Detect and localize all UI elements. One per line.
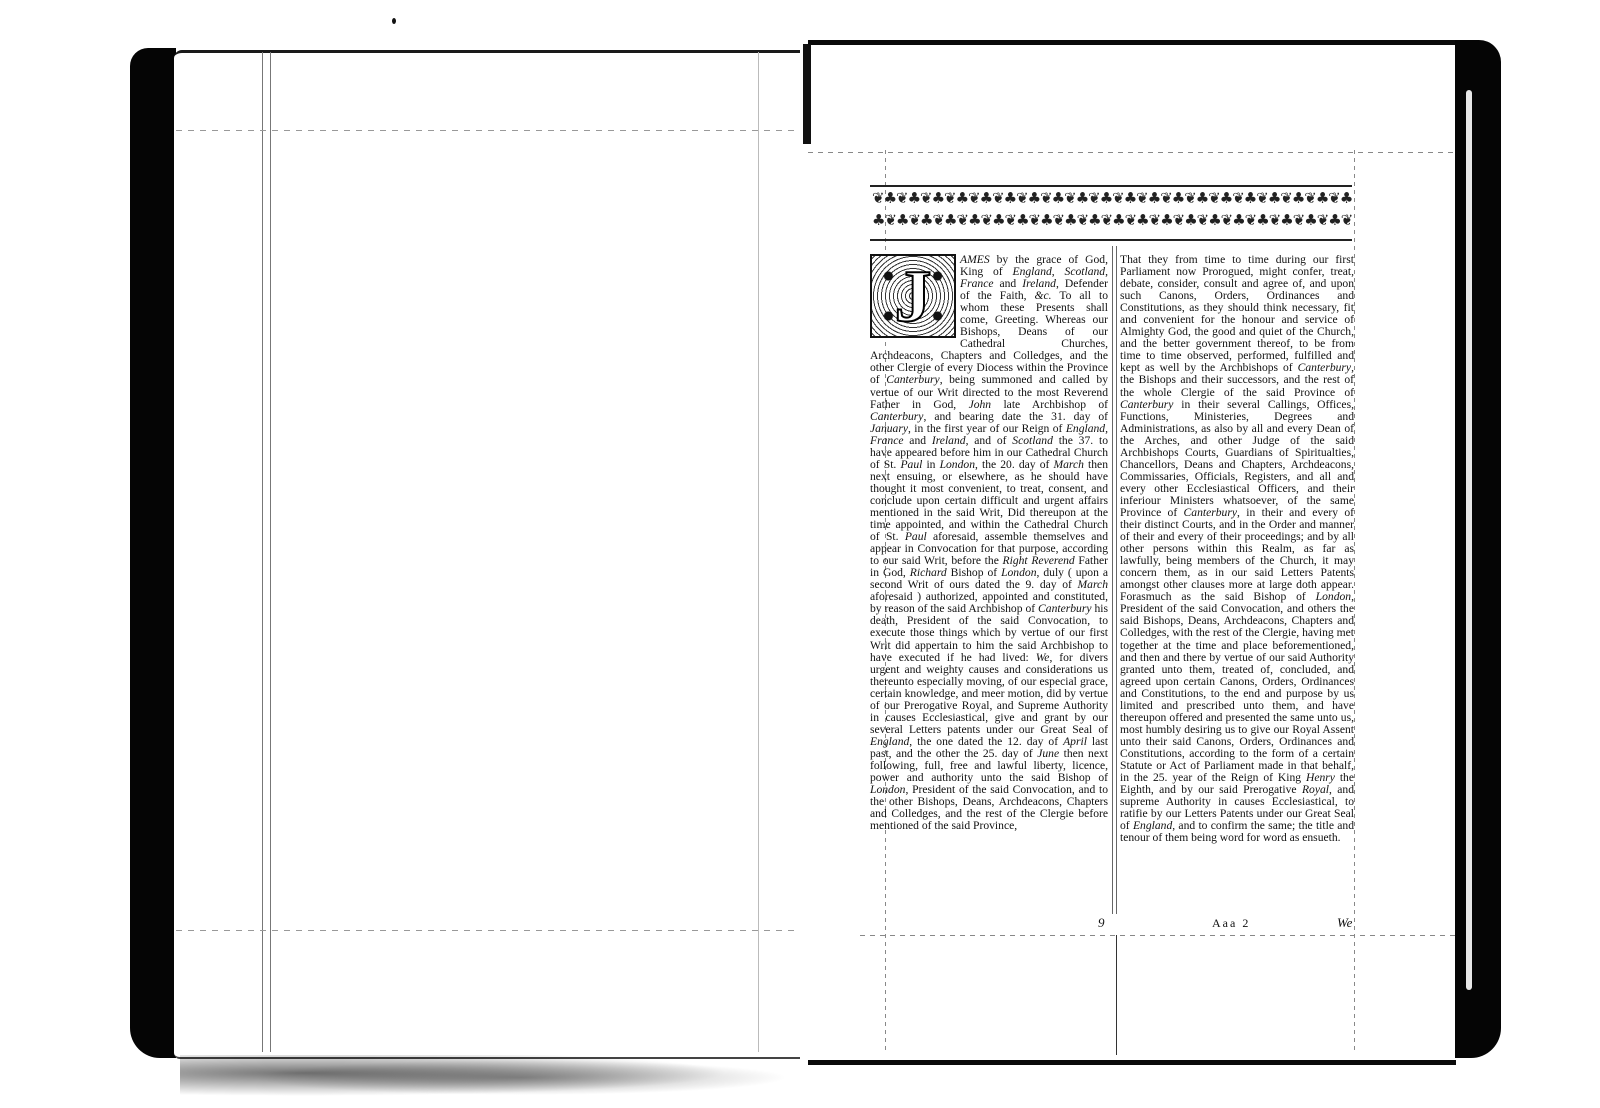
italic-text-run: Canterbury: [1298, 361, 1351, 374]
italic-text-run: January: [870, 422, 908, 435]
right-page-guide-line: [1354, 150, 1355, 1050]
italic-text-run: April: [1063, 735, 1087, 748]
proclamation-text-part2: That they from time to time during our f…: [1120, 254, 1354, 844]
page-number: 9: [1098, 915, 1105, 931]
decorated-initial: J: [870, 254, 956, 338]
column-divider: [1112, 246, 1117, 914]
italic-text-run: June: [1037, 747, 1059, 760]
text-run: That they from time to time during our f…: [1120, 253, 1354, 374]
scan-smudge: [180, 1055, 800, 1100]
text-run: ,: [1052, 265, 1065, 278]
text-run: ,: [1105, 265, 1108, 278]
scan-speck: [392, 18, 396, 24]
italic-text-run: London: [870, 783, 905, 796]
italic-text-run: We: [1036, 651, 1050, 664]
left-binding-edge: [130, 48, 176, 1058]
text-run: and: [993, 277, 1022, 290]
left-page-fold-guide: [758, 52, 759, 1052]
text-run: , in the first year of our Reign of: [908, 422, 1066, 435]
right-binding-edge: [1455, 40, 1501, 1058]
right-page-guide-line: [860, 935, 1460, 936]
italic-text-run: France: [960, 277, 993, 290]
right-binding-highlight: [1466, 90, 1472, 990]
gutter-binding-mark: [803, 44, 811, 144]
proclamation-text-part1: AMES by the grace of God, King of Englan…: [870, 254, 1108, 832]
ornament-row-bottom: ♣❦♣❦♣❦♣❦♣❦♣❦♣❦♣❦♣❦♣❦♣❦♣❦♣❦♣❦♣❦♣❦♣❦♣❦♣❦♣❦…: [870, 209, 1352, 231]
text-run: , for divers urgent and weighty causes a…: [870, 651, 1108, 736]
text-run: , the one dated the 12. day of: [909, 735, 1063, 748]
italic-text-run: Richard: [910, 566, 947, 579]
italic-text-run: Scotland: [1012, 434, 1053, 447]
text-column-left: J AMES by the grace of God, King of Engl…: [870, 254, 1108, 832]
text-run: , President of the said Convocation, and…: [870, 783, 1108, 832]
left-page-guide-line: [176, 930, 796, 931]
text-run: , the 20. day of: [975, 458, 1053, 471]
right-page-fold-line: [1116, 935, 1117, 1055]
header-ornament-band: ❦♣❦♣❦♣❦♣❦♣❦♣❦♣❦♣❦♣❦♣❦♣❦♣❦♣❦♣❦♣❦♣❦♣❦♣❦♣❦♣…: [870, 185, 1352, 241]
italic-text-run: Paul: [905, 530, 927, 543]
italic-text-run: March: [1053, 458, 1083, 471]
italic-text-run: Canterbury: [1120, 398, 1173, 411]
italic-text-run: England: [1013, 265, 1052, 278]
text-run: late Archbishop of: [991, 398, 1108, 411]
text-run: in their several Callings, Offices, Func…: [1120, 398, 1354, 519]
left-page-rule: [262, 52, 263, 1052]
italic-text-run: John: [969, 398, 992, 411]
italic-text-run: AMES: [960, 253, 990, 266]
text-run: , and bearing date the 31. day of: [923, 410, 1108, 423]
text-column-right: That they from time to time during our f…: [1120, 254, 1354, 844]
left-page-rule: [270, 52, 271, 1052]
text-run: in: [922, 458, 939, 471]
italic-text-run: March: [1078, 578, 1108, 591]
italic-text-run: London: [940, 458, 975, 471]
italic-text-run: England: [1133, 819, 1172, 832]
drop-cap-letter: J: [872, 258, 954, 336]
italic-text-run: London: [1001, 566, 1036, 579]
italic-text-run: &c.: [1035, 289, 1052, 302]
ornament-row-top: ❦♣❦♣❦♣❦♣❦♣❦♣❦♣❦♣❦♣❦♣❦♣❦♣❦♣❦♣❦♣❦♣❦♣❦♣❦♣❦♣…: [870, 187, 1352, 209]
italic-text-run: Right Reverend: [1003, 554, 1075, 567]
italic-text-run: Canterbury: [870, 410, 923, 423]
signature-mark: Aaa 2: [1212, 916, 1250, 931]
italic-text-run: Ireland: [1022, 277, 1056, 290]
italic-text-run: Paul: [900, 458, 922, 471]
italic-text-run: London: [1316, 590, 1351, 603]
italic-text-run: Canterbury: [886, 373, 939, 386]
italic-text-run: Henry: [1306, 771, 1335, 784]
italic-text-run: Scotland: [1065, 265, 1106, 278]
italic-text-run: Canterbury: [1038, 602, 1091, 615]
italic-text-run: Ireland: [932, 434, 966, 447]
catchword: We: [1337, 915, 1352, 931]
text-run: , and of: [966, 434, 1013, 447]
italic-text-run: Canterbury: [1184, 506, 1237, 519]
text-run: and: [903, 434, 931, 447]
right-page-guide-line: [808, 152, 1456, 153]
text-run: , in their and every of their distinct C…: [1120, 506, 1354, 603]
text-run: , President of the said Convocation, and…: [1120, 590, 1354, 784]
italic-text-run: Royal: [1302, 783, 1329, 796]
italic-text-run: England: [870, 735, 909, 748]
left-page-guide-line: [176, 130, 796, 131]
text-run: Bishop of: [947, 566, 1001, 579]
left-page-blank: [174, 50, 800, 1059]
